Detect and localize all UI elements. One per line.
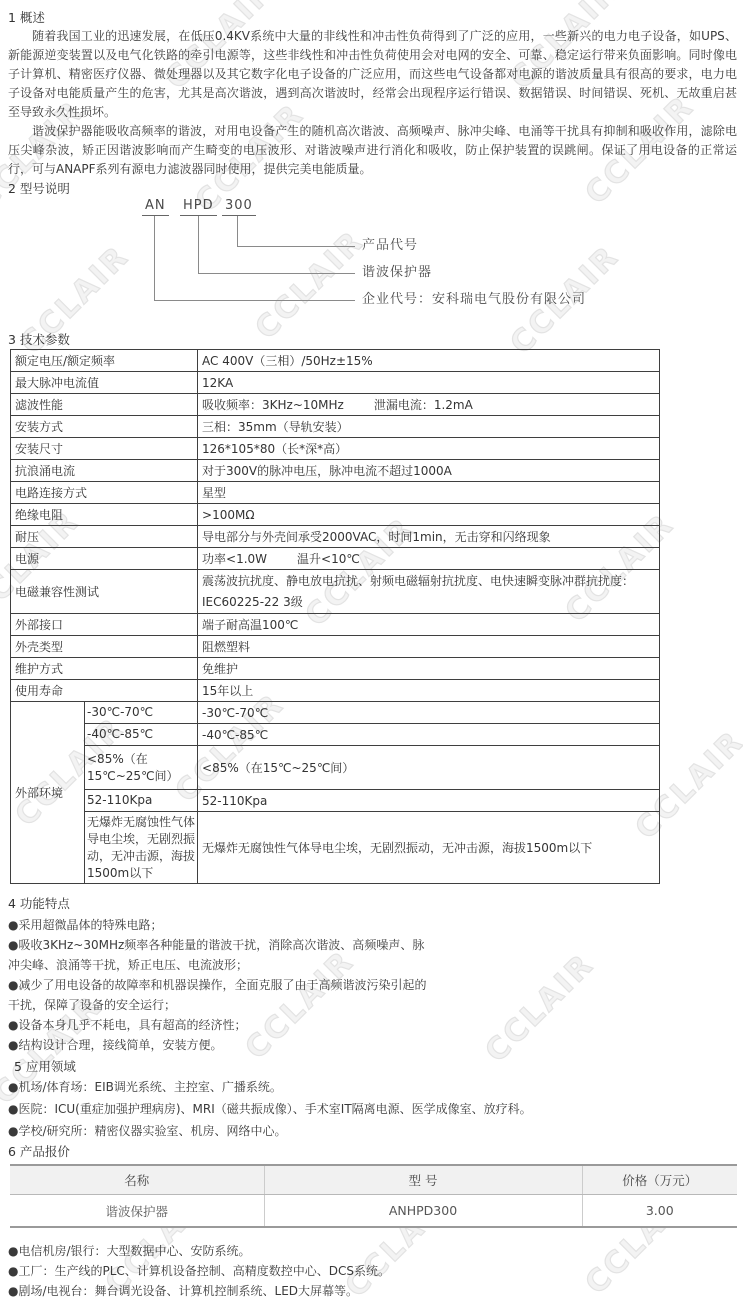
feature-text: 设备本身几乎不耗电，具有超高的经济性； [18,1018,246,1032]
model-number-diagram: AN HPD 300 产品代号 谐波保护器 企业代号：安科瑞电气股份有限公司 [8,198,737,330]
bullet-icon: ● [8,918,18,932]
application-item: ●学校/研究所：精密仪器实验室、机房、网络中心。 [8,1120,737,1142]
diagram-connector-line [154,300,355,301]
table-row: 外部接口端子耐高温100℃ [11,614,660,636]
section-6-heading: 6 产品报价 [8,1142,737,1161]
document-page: 1 概述 随着我国工业的迅速发展，在低压0.4KV系统中大量的非线性和冲击性负荷… [0,0,743,1301]
param-value-part: 功率<1.0W [202,552,267,566]
env-range: 无爆炸无腐蚀性气体导电尘埃，无剧烈振动，无冲击源，海拔1500m以下 [85,812,198,884]
param-label: 安装尺寸 [11,438,198,460]
table-row: 滤波性能吸收频率：3KHz~10MHz泄漏电流：1.2mA [11,394,660,416]
param-value: 震荡波抗扰度、静电放电抗扰、射频电磁辐射抗扰度、电快速瞬变脉冲群抗扰度：IEC6… [198,570,660,614]
env-range: -40℃-85℃ [85,724,198,746]
application-text: 剧场/电视台：舞台调光设备、计算机控制系统、LED大屏幕等。 [18,1284,358,1298]
bullet-icon: ● [8,938,18,952]
table-row: 安装方式三相：35mm（导轨安装） [11,416,660,438]
table-row: 外壳类型阻燃塑料 [11,636,660,658]
table-row: 耐压导电部分与外壳间承受2000VAC，时间1min，无击穿和闪络现象 [11,526,660,548]
table-row: 抗浪涌电流对于300V的脉冲电压，脉冲电流不超过1000A [11,460,660,482]
diagram-connector-line [237,216,238,246]
feature-text: 采用超微晶体的特殊电路； [18,918,162,932]
overview-paragraph-1: 随着我国工业的迅速发展，在低压0.4KV系统中大量的非线性和冲击性负荷得到了广泛… [8,27,737,122]
product-name: 谐波保护器 [10,1195,264,1228]
param-value-line: IEC60225-22 3级 [202,592,655,613]
table-row: 电路连接方式星型 [11,482,660,504]
price-col-price-header: 价格（万元） [582,1165,737,1195]
param-label: 维护方式 [11,658,198,680]
diagram-connector-line [154,216,155,300]
param-label: 额定电压/额定频率 [11,350,198,372]
param-value: >100MΩ [198,504,660,526]
application-item: ●机场/体育场：EIB调光系统、主控室、广播系统。 [8,1076,737,1098]
param-label: 安装方式 [11,416,198,438]
bullet-icon: ● [8,978,18,992]
param-value-part: 泄漏电流：1.2mA [374,398,473,412]
table-row: <85%（在15℃~25℃间）<85%（在15℃~25℃间） [11,746,660,790]
param-label: 电路连接方式 [11,482,198,504]
table-row: 最大脉冲电流值12KA [11,372,660,394]
param-label: 滤波性能 [11,394,198,416]
param-label: 抗浪涌电流 [11,460,198,482]
param-value: 12KA [198,372,660,394]
param-label: 电磁兼容性测试 [11,570,198,614]
application-list: ●机场/体育场：EIB调光系统、主控室、广播系统。 ●医院：ICU(重症加强护理… [8,1076,737,1142]
feature-item: ●设备本身几乎不耗电，具有超高的经济性； [8,1015,432,1035]
section-3-heading: 3 技术参数 [8,330,737,349]
table-row: 电源功率<1.0W温升<10℃ [11,548,660,570]
env-value: -40℃-85℃ [198,724,660,746]
param-value: 端子耐高温100℃ [198,614,660,636]
param-label: 耐压 [11,526,198,548]
param-label: 最大脉冲电流值 [11,372,198,394]
table-row: 无爆炸无腐蚀性气体导电尘埃，无剧烈振动，无冲击源，海拔1500m以下无爆炸无腐蚀… [11,812,660,884]
param-value: 免维护 [198,658,660,680]
param-value-line: 震荡波抗扰度、静电放电抗扰、射频电磁辐射抗扰度、电快速瞬变脉冲群抗扰度： [202,571,655,592]
diagram-connector-line [198,216,199,273]
env-range: 52-110Kpa [85,790,198,812]
section-4-heading: 4 功能特点 [8,894,737,913]
feature-item: ●结构设计合理，接线简单，安装方便。 [8,1035,432,1055]
param-value-part: 吸收频率：3KHz~10MHz [202,398,344,412]
overview-paragraph-2: 谐波保护器能吸收高频率的谐波，对用电设备产生的随机高次谐波、高频噪声、脉冲尖峰、… [8,122,737,179]
feature-list: ●采用超微晶体的特殊电路； ●吸收3KHz~30MHz频率各种能量的谐波干扰，消… [8,915,432,1055]
callout-product-code: 产品代号 [362,239,418,253]
param-label: 外壳类型 [11,636,198,658]
table-row: 52-110Kpa52-110Kpa [11,790,660,812]
callout-device-name: 谐波保护器 [362,266,432,280]
bullet-icon: ● [8,1080,18,1094]
feature-item: ●吸收3KHz~30MHz频率各种能量的谐波干扰，消除高次谐波、高频噪声、脉冲尖… [8,935,432,975]
env-value: <85%（在15℃~25℃间） [198,746,660,790]
param-value: 15年以上 [198,680,660,702]
table-row: 外部环境-30℃-70℃-30℃-70℃ [11,702,660,724]
param-label: 电源 [11,548,198,570]
application-list-continued: ●电信机房/银行：大型数据中心、安防系统。 ●工厂：生产线的PLC、计算机设备控… [8,1241,737,1301]
env-value: -30℃-70℃ [198,702,660,724]
feature-item: ●减少了用电设备的故障率和机器误操作，全面克服了由于高频谐波污染引起的干扰，保障… [8,975,432,1015]
table-row: 维护方式免维护 [11,658,660,680]
product-model: ANHPD300 [264,1195,582,1228]
application-item: ●医院：ICU(重症加强护理病房)、MRI（磁共振成像）、手术室IT隔离电源、医… [8,1098,737,1120]
table-row: 使用寿命15年以上 [11,680,660,702]
param-value: 126*105*80（长*深*高） [198,438,660,460]
application-item: ●电信机房/银行：大型数据中心、安防系统。 [8,1241,737,1261]
section-2-heading: 2 型号说明 [8,179,737,198]
callout-company-code: 企业代号：安科瑞电气股份有限公司 [362,293,586,307]
param-value: 吸收频率：3KHz~10MHz泄漏电流：1.2mA [198,394,660,416]
bullet-icon: ● [8,1124,18,1138]
section-5-heading: 5 应用领域 [8,1057,737,1076]
model-code-product-part: 300 [222,198,256,216]
tech-params-table: 额定电压/额定频率AC 400V（三相）/50Hz±15% 最大脉冲电流值12K… [10,349,660,884]
application-item: ●剧场/电视台：舞台调光设备、计算机控制系统、LED大屏幕等。 [8,1281,737,1301]
price-table-header-row: 名称 型 号 价格（万元） [10,1165,737,1195]
param-value: 功率<1.0W温升<10℃ [198,548,660,570]
param-label: 使用寿命 [11,680,198,702]
param-label: 外部环境 [11,702,85,884]
param-value: 三相：35mm（导轨安装） [198,416,660,438]
application-text: 学校/研究所：精密仪器实验室、机房、网络中心。 [18,1124,286,1138]
price-table-row: 谐波保护器 ANHPD300 3.00 [10,1195,737,1228]
feature-text: 吸收3KHz~30MHz频率各种能量的谐波干扰，消除高次谐波、高频噪声、脉冲尖峰… [8,938,424,972]
price-table: 名称 型 号 价格（万元） 谐波保护器 ANHPD300 3.00 [10,1164,737,1228]
bullet-icon: ● [8,1284,18,1298]
bullet-icon: ● [8,1244,18,1258]
feature-item: ●采用超微晶体的特殊电路； [8,915,432,935]
param-value: 导电部分与外壳间承受2000VAC，时间1min，无击穿和闪络现象 [198,526,660,548]
param-label: 绝缘电阻 [11,504,198,526]
application-text: 机场/体育场：EIB调光系统、主控室、广播系统。 [18,1080,281,1094]
param-label: 外部接口 [11,614,198,636]
param-value-part: 温升<10℃ [297,552,360,566]
feature-text: 结构设计合理，接线简单，安装方便。 [18,1038,222,1052]
application-item: ●工厂：生产线的PLC、计算机设备控制、高精度数控中心、DCS系统。 [8,1261,737,1281]
diagram-connector-line [198,273,355,274]
bullet-icon: ● [8,1038,18,1052]
param-value: 星型 [198,482,660,504]
param-value: AC 400V（三相）/50Hz±15% [198,350,660,372]
feature-text: 减少了用电设备的故障率和机器误操作，全面克服了由于高频谐波污染引起的干扰，保障了… [8,978,427,1012]
table-row: 安装尺寸126*105*80（长*深*高） [11,438,660,460]
env-value: 52-110Kpa [198,790,660,812]
bullet-icon: ● [8,1264,18,1278]
bullet-icon: ● [8,1102,18,1116]
param-value: 对于300V的脉冲电压，脉冲电流不超过1000A [198,460,660,482]
table-row: 额定电压/额定频率AC 400V（三相）/50Hz±15% [11,350,660,372]
param-value: 阻燃塑料 [198,636,660,658]
diagram-connector-line [237,246,355,247]
env-value: 无爆炸无腐蚀性气体导电尘埃，无剧烈振动，无冲击源，海拔1500m以下 [198,812,660,884]
section-1-heading: 1 概述 [8,8,737,27]
table-row: 绝缘电阻>100MΩ [11,504,660,526]
model-code-device-part: HPD [180,198,217,216]
env-range: <85%（在15℃~25℃间） [85,746,198,790]
application-text: 工厂：生产线的PLC、计算机设备控制、高精度数控中心、DCS系统。 [18,1264,390,1278]
product-price: 3.00 [582,1195,737,1228]
table-row: 电磁兼容性测试震荡波抗扰度、静电放电抗扰、射频电磁辐射抗扰度、电快速瞬变脉冲群抗… [11,570,660,614]
application-text: 医院：ICU(重症加强护理病房)、MRI（磁共振成像）、手术室IT隔离电源、医学… [18,1102,531,1116]
model-code-company-part: AN [142,198,169,216]
application-text: 电信机房/银行：大型数据中心、安防系统。 [18,1244,250,1258]
env-range: -30℃-70℃ [85,702,198,724]
price-col-model-header: 型 号 [264,1165,582,1195]
bullet-icon: ● [8,1018,18,1032]
table-row: -40℃-85℃-40℃-85℃ [11,724,660,746]
price-col-name-header: 名称 [10,1165,264,1195]
